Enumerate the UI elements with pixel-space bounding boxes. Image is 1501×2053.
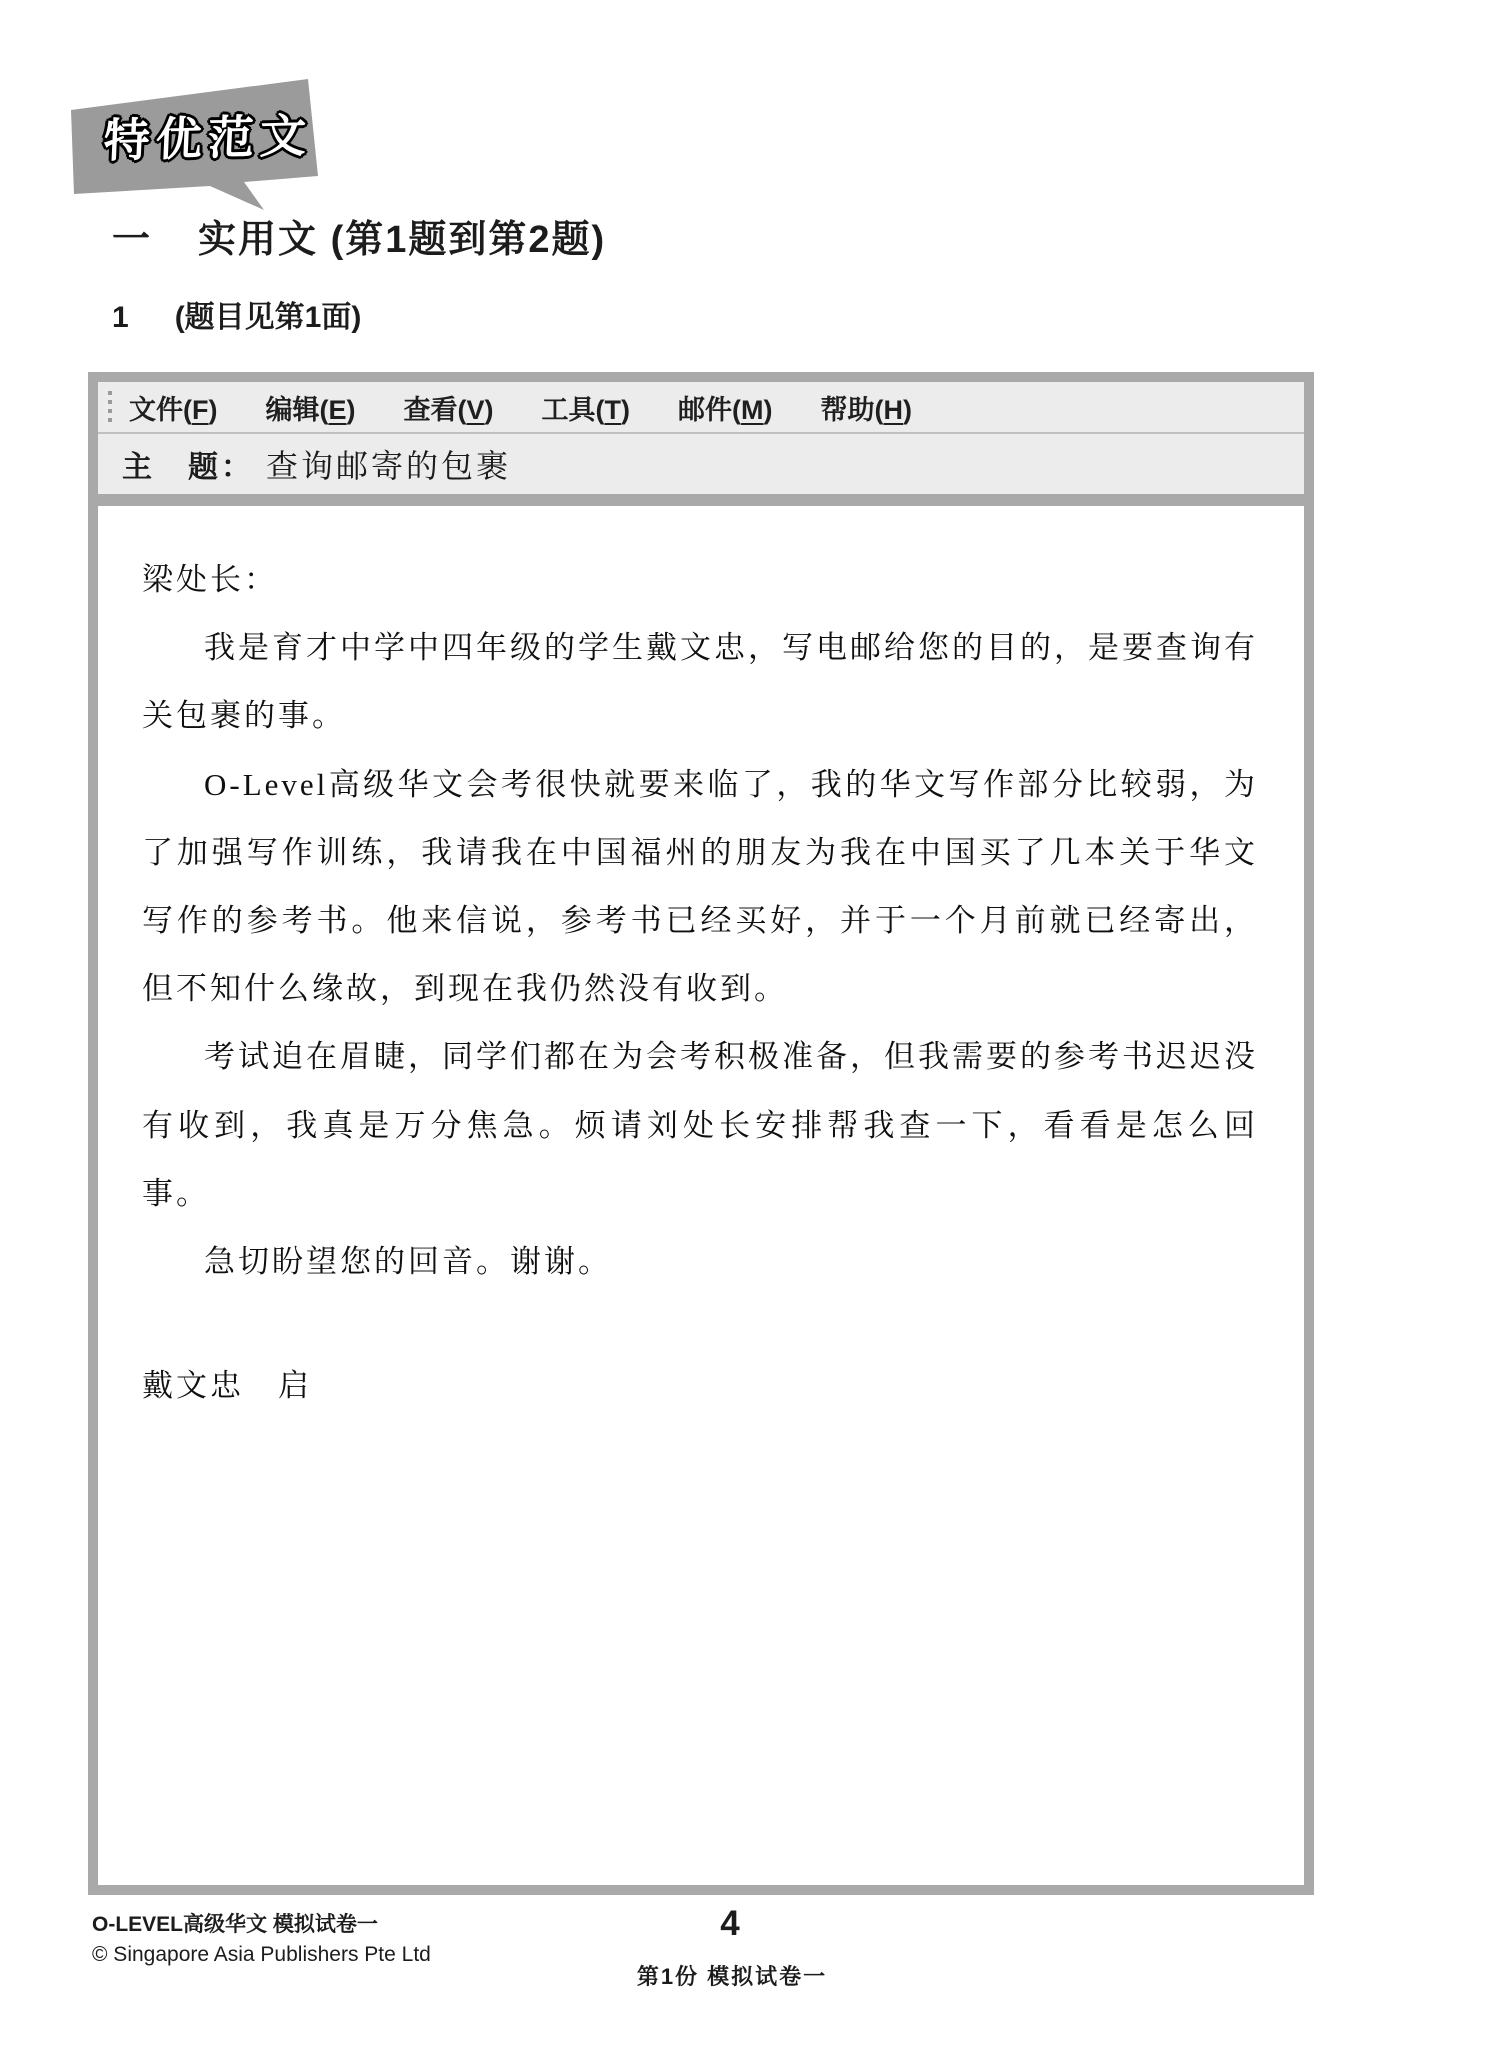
mail-body: 梁处长： 我是育才中学中四年级的学生戴文忠，写电邮给您的目的，是要查询有关包裹的… bbox=[98, 506, 1304, 1885]
footer-copyright: © Singapore Asia Publishers Pte Ltd bbox=[92, 1940, 431, 1970]
footer-series: O-LEVEL高级华文 模拟试卷一 bbox=[92, 1910, 431, 1940]
mail-paragraph: 考试迫在眉睫，同学们都在为会考积极准备，但我需要的参考书迟迟没有收到，我真是万分… bbox=[142, 1023, 1258, 1228]
subject-bar: 主 题： 查询邮寄的包裹 bbox=[98, 434, 1304, 494]
window-divider bbox=[98, 494, 1304, 506]
menu-bar: 文件(F) 编辑(E) 查看(V) 工具(T) 邮件(M) 帮助(H) bbox=[98, 382, 1304, 434]
mail-salutation: 梁处长： bbox=[142, 546, 1258, 614]
footer-imprint: O-LEVEL高级华文 模拟试卷一 © Singapore Asia Publi… bbox=[92, 1910, 431, 1971]
mail-paragraph: 我是育才中学中四年级的学生戴文忠，写电邮给您的目的，是要查询有关包裹的事。 bbox=[142, 614, 1258, 750]
section-title: 实用文 (第1题到第2题) bbox=[198, 219, 606, 261]
menu-drag-handle-icon[interactable] bbox=[108, 391, 113, 423]
badge-label: 特优范文 bbox=[102, 99, 313, 170]
menu-item-file[interactable]: 文件(F) bbox=[129, 388, 218, 427]
menu-item-tools[interactable]: 工具(T) bbox=[542, 388, 631, 427]
subject-value: 查询邮寄的包裹 bbox=[266, 441, 511, 487]
menu-item-view[interactable]: 查看(V) bbox=[404, 388, 494, 427]
badge-speech-bubble: 特优范文 bbox=[68, 76, 324, 218]
mail-paragraph: 急切盼望您的回音。谢谢。 bbox=[142, 1228, 1258, 1296]
section-number: 一 bbox=[112, 219, 152, 261]
menu-item-help[interactable]: 帮助(H) bbox=[821, 388, 913, 427]
scanned-textbook-page: 特优范文 一实用文 (第1题到第2题) 1(题目见第1面) 文件(F) 编辑(E… bbox=[0, 0, 1501, 2053]
question-note: (题目见第1面) bbox=[175, 301, 362, 334]
question-item-line: 1(题目见第1面) bbox=[112, 292, 361, 336]
subject-label: 主 题： bbox=[122, 442, 254, 486]
menu-item-edit[interactable]: 编辑(E) bbox=[266, 388, 356, 427]
email-window: 文件(F) 编辑(E) 查看(V) 工具(T) 邮件(M) 帮助(H) 主 题：… bbox=[88, 372, 1314, 1895]
footer-section-label: 第1份 模拟试卷一 bbox=[610, 1960, 854, 1991]
mail-signature: 戴文忠 启 bbox=[142, 1352, 1258, 1420]
question-number: 1 bbox=[112, 301, 129, 334]
mail-paragraph: O-Level高级华文会考很快就要来临了，我的华文写作部分比较弱，为了加强写作训… bbox=[142, 751, 1258, 1024]
section-heading: 一实用文 (第1题到第2题) bbox=[112, 208, 606, 263]
email-window-inner: 文件(F) 编辑(E) 查看(V) 工具(T) 邮件(M) 帮助(H) 主 题：… bbox=[98, 382, 1304, 1885]
page-number: 4 bbox=[698, 1904, 762, 1944]
menu-item-mail[interactable]: 邮件(M) bbox=[678, 388, 773, 427]
